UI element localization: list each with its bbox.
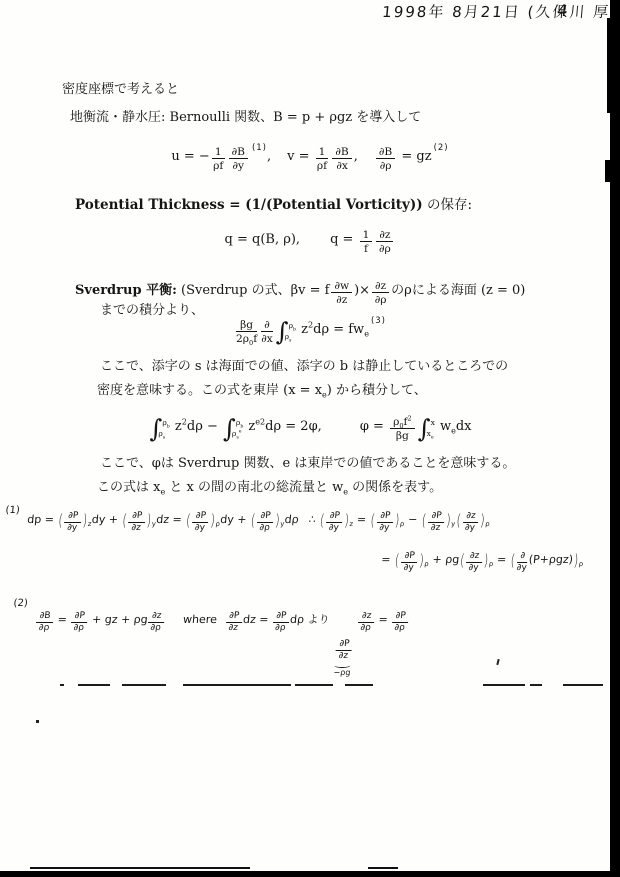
scan-divider-dash [122, 684, 166, 686]
scan-divider-dash [563, 684, 603, 686]
subscript-note-line-2: 密度を意味する。この式を東岸 (x = xe) から積分して、 [97, 383, 427, 399]
footnote-1-line-2: = (∂P∂y)ρ + ρg(∂z∂y)ρ = (∂∂y(P+ρgz))ρ [380, 552, 584, 574]
scanned-page: 1998年 8月21日 (久保川 厚) 4 密度座標で考えると 地衡流・静水圧:… [0, 0, 620, 877]
scan-divider-dash [78, 684, 110, 686]
eq-sverdrup-balance: βg2ρ0f∂∂x∫ρbρs z2dρ = fwe(3) [10, 316, 610, 344]
geostrophic-line: 地衡流・静水圧: Bernoulli 関数、B = p + ρgz を導入して [70, 110, 421, 126]
footnote-1-label: (1) [5, 505, 20, 518]
potential-thickness-heading: Potential Thickness = (1/(Potential Vort… [75, 197, 472, 214]
subscript-note-line-1: ここで、添字の s は海面での値、添字の b は静止しているところでの [100, 359, 508, 375]
scan-edge-right [607, 18, 620, 113]
scan-speck [36, 720, 39, 723]
scan-edge-bottom [0, 871, 620, 877]
page-number: 4 [556, 1, 568, 21]
scan-divider-dash [345, 684, 373, 686]
eq-integrated-sverdrup: ∫ρbρs z2dρ − ∫ρbρse ze2dρ = 2φ,φ = ρ0f2β… [10, 416, 610, 441]
eq-geostrophic: u = −1ρf∂B∂y(1),v = 1ρf∂B∂x,∂B∂ρ = gz(2) [10, 143, 610, 171]
footnote-2-label: (2) [13, 598, 28, 611]
scan-edge-right [610, 0, 620, 877]
phi-note-line-2: この式は xe と x の間の南北の総流量と we の関係を表す。 [97, 480, 442, 496]
footnote-1-line-1: dp = (∂P∂y)zdy + (∂P∂z)ydz = (∂P∂y)ρdy +… [26, 512, 491, 534]
scan-edge-bottom [368, 867, 398, 869]
sverdrup-heading-line: Sverdrup 平衡: (Sverdrup の式、βv = f∂w∂z)×∂z… [75, 280, 525, 305]
scan-divider-dash [60, 684, 64, 686]
intro-line: 密度座標で考えると [62, 82, 179, 98]
scan-divider-dash [483, 684, 525, 686]
scan-edge-right [605, 160, 620, 182]
scan-speck [496, 659, 499, 665]
scan-divider-dash [183, 684, 291, 686]
scan-edge-bottom [30, 867, 250, 869]
footnote-2-line: ∂B∂ρ = ∂P∂ρ + gz + ρg∂z∂ρwhere∂P∂zdz = ∂… [30, 612, 410, 677]
eq-potential-thickness: q = q(B, ρ),q = 1f∂z∂ρ [10, 229, 610, 254]
handwritten-date: 1998年 8月21日 (久保川 厚) [381, 3, 618, 22]
phi-note-line-1: ここで、φは Sverdrup 関数、e は東岸での値であることを意味する。 [100, 456, 515, 472]
scan-divider-dash [530, 684, 542, 686]
scan-divider-dash [295, 684, 333, 686]
